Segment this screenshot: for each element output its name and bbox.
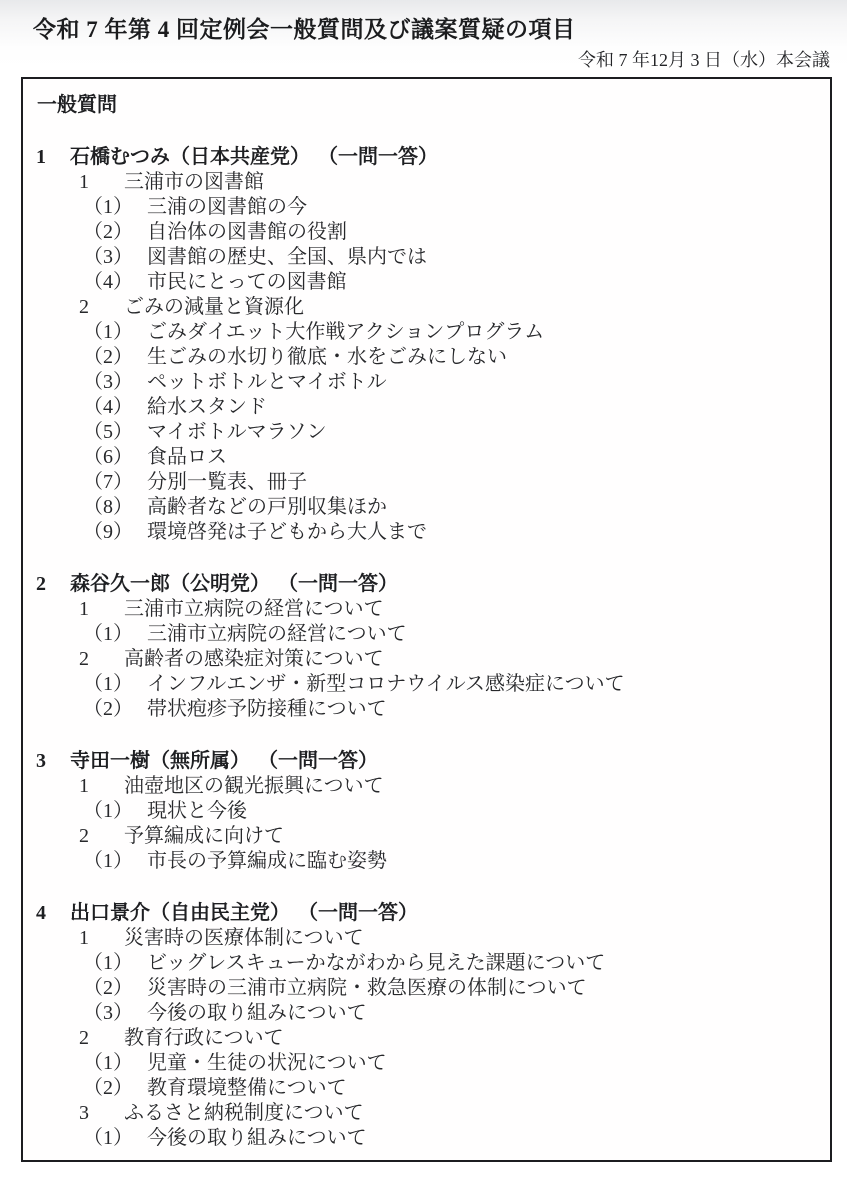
speaker-header: 4出口景介（自由民主党）（一問一答） [36, 901, 822, 926]
item-text: 給水スタンド [147, 396, 267, 418]
question-item: （3）ペットボトルとマイボトル [83, 370, 822, 395]
question-item: 1災害時の医療体制について [79, 926, 822, 951]
item-text: 生ごみの水切り徹底・水をごみにしない [147, 346, 507, 368]
question-item: （2）帯状疱疹予防接種について [83, 697, 822, 722]
item-number: （1） [83, 320, 147, 345]
item-text: 三浦の図書館の今 [147, 196, 307, 218]
speaker-header: 2森谷久一郎（公明党）（一問一答） [36, 572, 822, 597]
item-text: 環境啓発は子どもから大人まで [147, 521, 427, 543]
item-number: （2） [83, 1076, 147, 1101]
speaker-number: 1 [36, 145, 70, 170]
item-text: ビッグレスキューかながわから見えた課題について [147, 952, 605, 974]
question-section: 1石橋むつみ（日本共産党）（一問一答）1三浦市の図書館（1）三浦の図書館の今（2… [36, 145, 822, 545]
question-item: （1）インフルエンザ・新型コロナウイルス感染症について [83, 672, 822, 697]
item-number: （1） [83, 672, 147, 697]
item-text: ごみの減量と資源化 [124, 296, 304, 318]
item-number: （2） [83, 345, 147, 370]
item-text: 自治体の図書館の役割 [147, 221, 347, 243]
item-text: 油壺地区の観光振興について [124, 775, 384, 797]
item-number: 2 [79, 824, 124, 849]
question-item: （3）図書館の歴史、全国、県内では [83, 245, 822, 270]
item-number: （3） [83, 245, 147, 270]
item-text: 市長の予算編成に臨む姿勢 [147, 850, 387, 872]
question-item: （2）生ごみの水切り徹底・水をごみにしない [83, 345, 822, 370]
item-number: （1） [83, 951, 147, 976]
question-item: （1）現状と今後 [83, 799, 822, 824]
item-text: インフルエンザ・新型コロナウイルス感染症について [147, 673, 625, 695]
question-item: （6）食品ロス [83, 445, 822, 470]
question-item: （8）高齢者などの戸別収集ほか [83, 495, 822, 520]
item-number: 1 [79, 774, 124, 799]
item-text: 市民にとっての図書館 [147, 271, 347, 293]
question-item: （5）マイボトルマラソン [83, 420, 822, 445]
item-number: （7） [83, 470, 147, 495]
item-text: 教育行政について [124, 1027, 284, 1049]
question-item: （1）三浦市立病院の経営について [83, 622, 822, 647]
question-sections: 1石橋むつみ（日本共産党）（一問一答）1三浦市の図書館（1）三浦の図書館の今（2… [36, 145, 822, 1151]
question-item: 1油壺地区の観光振興について [79, 774, 822, 799]
question-section: 3寺田一樹（無所属）（一問一答）1油壺地区の観光振興について（1）現状と今後2予… [36, 749, 822, 874]
item-number: （8） [83, 495, 147, 520]
item-text: 帯状疱疹予防接種について [147, 698, 387, 720]
item-text: ふるさと納税制度について [124, 1102, 364, 1124]
question-item: 3ふるさと納税制度について [79, 1101, 822, 1126]
speaker-name: 森谷久一郎（公明党） [70, 573, 270, 595]
question-format: （一問一答） [308, 902, 418, 924]
question-item: （3）今後の取り組みについて [83, 1001, 822, 1026]
item-text: 今後の取り組みについて [147, 1002, 367, 1024]
item-number: （2） [83, 220, 147, 245]
item-number: 2 [79, 295, 124, 320]
question-item: （2）教育環境整備について [83, 1076, 822, 1101]
item-text: マイボトルマラソン [147, 421, 327, 443]
item-text: 現状と今後 [147, 800, 247, 822]
question-format: （一問一答） [328, 146, 438, 168]
item-text: 教育環境整備について [147, 1077, 347, 1099]
question-item: 2ごみの減量と資源化 [79, 295, 822, 320]
document-page: 令和 7 年第 4 回定例会一般質問及び議案質疑の項目 令和 7 年12月 3 … [0, 0, 847, 1200]
speaker-name: 石橋むつみ（日本共産党） [70, 146, 310, 168]
item-number: 1 [79, 170, 124, 195]
question-section: 4出口景介（自由民主党）（一問一答）1災害時の医療体制について（1）ビッグレスキ… [36, 901, 822, 1151]
item-text: 児童・生徒の状況について [147, 1052, 387, 1074]
item-text: 図書館の歴史、全国、県内では [147, 246, 427, 268]
item-text: 三浦市立病院の経営について [124, 598, 384, 620]
question-item: 2教育行政について [79, 1026, 822, 1051]
item-number: （1） [83, 195, 147, 220]
question-item: （1）今後の取り組みについて [83, 1126, 822, 1151]
question-item: （4）給水スタンド [83, 395, 822, 420]
item-number: （1） [83, 849, 147, 874]
question-item: （1）市長の予算編成に臨む姿勢 [83, 849, 822, 874]
item-text: 高齢者などの戸別収集ほか [147, 496, 387, 518]
item-number: （1） [83, 622, 147, 647]
speaker-number: 3 [36, 749, 70, 774]
document-title: 令和 7 年第 4 回定例会一般質問及び議案質疑の項目 [33, 0, 847, 45]
item-text: 三浦市立病院の経営について [147, 623, 407, 645]
speaker-name: 出口景介（自由民主党） [70, 902, 290, 924]
item-number: （1） [83, 1051, 147, 1076]
question-item: （1）三浦の図書館の今 [83, 195, 822, 220]
question-item: （4）市民にとっての図書館 [83, 270, 822, 295]
speaker-name: 寺田一樹（無所属） [70, 750, 250, 772]
item-number: （3） [83, 1001, 147, 1026]
item-number: （4） [83, 395, 147, 420]
item-number: 1 [79, 926, 124, 951]
speaker-header: 3寺田一樹（無所属）（一問一答） [36, 749, 822, 774]
item-number: （1） [83, 1126, 147, 1151]
question-item: （1）ごみダイエット大作戦アクションプログラム [83, 320, 822, 345]
item-text: 今後の取り組みについて [147, 1127, 367, 1149]
item-number: （2） [83, 697, 147, 722]
question-item: 1三浦市立病院の経営について [79, 597, 822, 622]
speaker-number: 4 [36, 901, 70, 926]
item-text: ごみダイエット大作戦アクションプログラム [147, 321, 544, 343]
question-format: （一問一答） [288, 573, 398, 595]
speaker-header: 1石橋むつみ（日本共産党）（一問一答） [36, 145, 822, 170]
meeting-date: 令和 7 年12月 3 日（水）本会議 [0, 48, 830, 72]
question-item: 2高齢者の感染症対策について [79, 647, 822, 672]
agenda-box: 一般質問 1石橋むつみ（日本共産党）（一問一答）1三浦市の図書館（1）三浦の図書… [21, 77, 832, 1162]
item-text: ペットボトルとマイボトル [147, 371, 387, 393]
item-number: （3） [83, 370, 147, 395]
question-item: （1）ビッグレスキューかながわから見えた課題について [83, 951, 822, 976]
item-number: （2） [83, 976, 147, 1001]
item-number: （9） [83, 520, 147, 545]
question-item: 1三浦市の図書館 [79, 170, 822, 195]
item-text: 分別一覧表、冊子 [147, 471, 307, 493]
item-text: 予算編成に向けて [124, 825, 284, 847]
item-number: （1） [83, 799, 147, 824]
item-text: 三浦市の図書館 [124, 171, 264, 193]
item-number: 2 [79, 1026, 124, 1051]
item-number: （4） [83, 270, 147, 295]
item-text: 高齢者の感染症対策について [124, 648, 384, 670]
item-number: （5） [83, 420, 147, 445]
agenda-heading: 一般質問 [37, 93, 822, 118]
item-text: 災害時の医療体制について [124, 927, 364, 949]
item-text: 災害時の三浦市立病院・救急医療の体制について [147, 977, 587, 999]
item-text: 食品ロス [147, 446, 227, 468]
item-number: （6） [83, 445, 147, 470]
item-number: 2 [79, 647, 124, 672]
question-format: （一問一答） [268, 750, 378, 772]
item-number: 1 [79, 597, 124, 622]
speaker-number: 2 [36, 572, 70, 597]
question-item: （1）児童・生徒の状況について [83, 1051, 822, 1076]
item-number: 3 [79, 1101, 124, 1126]
question-item: （9）環境啓発は子どもから大人まで [83, 520, 822, 545]
question-item: （2）自治体の図書館の役割 [83, 220, 822, 245]
question-item: 2予算編成に向けて [79, 824, 822, 849]
question-item: （2）災害時の三浦市立病院・救急医療の体制について [83, 976, 822, 1001]
question-item: （7）分別一覧表、冊子 [83, 470, 822, 495]
question-section: 2森谷久一郎（公明党）（一問一答）1三浦市立病院の経営について（1）三浦市立病院… [36, 572, 822, 722]
